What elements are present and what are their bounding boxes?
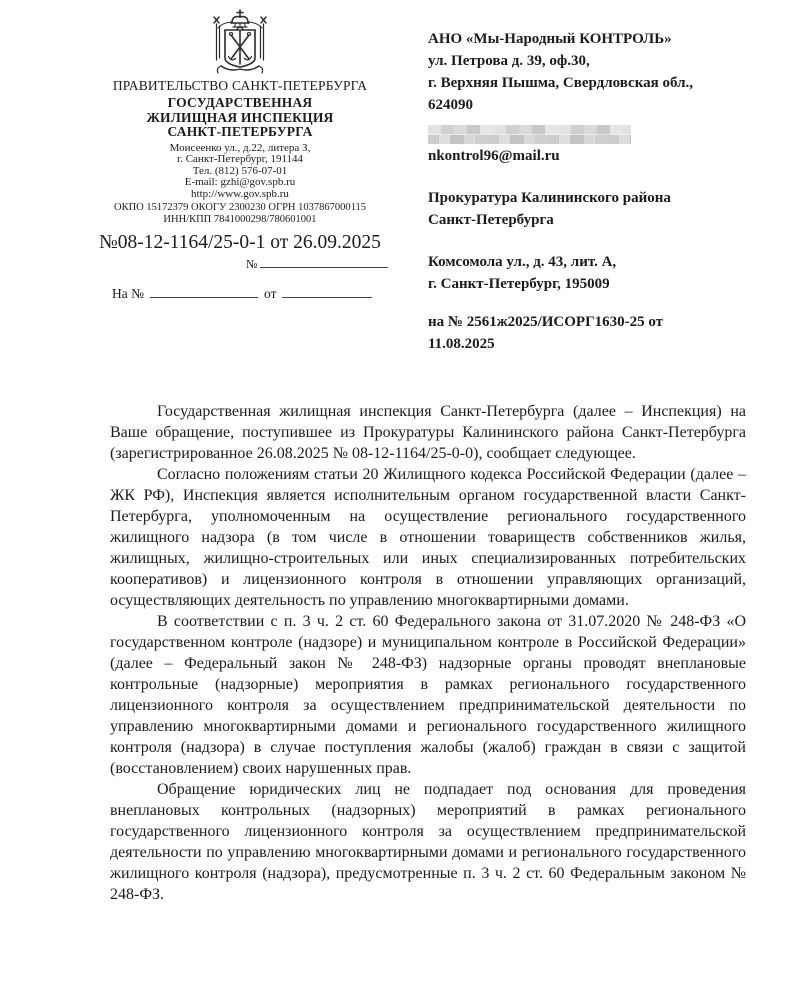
prosecutor-address-line: г. Санкт-Петербург, 195009: [428, 273, 762, 295]
saint-petersburg-coat-of-arms-icon: [204, 8, 276, 74]
recipient-postal-code: 624090: [428, 94, 762, 116]
in-reply-to-line: на № 2561ж2025/ИСОРГ1630-25 от: [428, 311, 762, 333]
reply-reference-row: На №от: [88, 286, 392, 302]
in-reply-to-reference: на № 2561ж2025/ИСОРГ1630-25 от 11.08.202…: [428, 311, 762, 355]
body-paragraph: Государственная жилищная инспекция Санкт…: [110, 401, 746, 464]
prosecutor-address: Комсомола ул., д. 43, лит. А, г. Санкт-П…: [428, 251, 762, 295]
prosecutor-office-line: Прокуратура Калининского района: [428, 187, 762, 209]
reply-number-blank-line: [150, 286, 258, 298]
government-title: ПРАВИТЕЛЬСТВО САНКТ-ПЕТЕРБУРГА: [88, 78, 392, 94]
body-paragraph: Согласно положениям статьи 20 Жилищного …: [110, 464, 746, 611]
reply-date-blank-line: [282, 286, 372, 298]
recipient-address-line: г. Верхняя Пышма, Свердловская обл.,: [428, 72, 762, 94]
in-reply-to-line: 11.08.2025: [428, 333, 762, 355]
prosecutor-address-line: Комсомола ул., д. 43, лит. А,: [428, 251, 762, 273]
recipient-address: ул. Петрова д. 39, оф.30, г. Верхняя Пыш…: [428, 50, 762, 116]
reply-label: На №: [112, 286, 144, 301]
org-name-line: ГОСУДАРСТВЕННАЯ: [88, 96, 392, 111]
body-paragraph: Обращение юридических лиц не подпадает п…: [110, 779, 746, 905]
recipient-block: АНО «Мы-Народный КОНТРОЛЬ» ул. Петрова д…: [428, 28, 762, 355]
recipient-email: nkontrol96@mail.ru: [428, 145, 762, 167]
letter-document: ПРАВИТЕЛЬСТВО САНКТ-ПЕТЕРБУРГА ГОСУДАРСТ…: [0, 0, 791, 1004]
sender-registry-codes: ОКПО 15172379 ОКОГУ 2300230 ОГРН 1037867…: [88, 202, 392, 225]
org-name-line: ЖИЛИЩНАЯ ИНСПЕКЦИЯ: [88, 111, 392, 126]
ot-label: от: [264, 286, 276, 301]
number-label: №: [246, 257, 257, 271]
redacted-text-block: [428, 125, 631, 144]
number-blank-line: [260, 256, 388, 268]
sender-letterhead: ПРАВИТЕЛЬСТВО САНКТ-ПЕТЕРБУРГА ГОСУДАРСТ…: [88, 8, 392, 302]
prosecutor-office-line: Санкт-Петербурга: [428, 209, 762, 231]
okpo-okogu-ogrn-line: ОКПО 15172379 ОКОГУ 2300230 ОГРН 1037867…: [88, 202, 392, 214]
sender-address: Моисеенко ул., д.22, литера З, г. Санкт-…: [88, 143, 392, 201]
number-blank-row: №: [88, 256, 392, 271]
organization-name: ГОСУДАРСТВЕННАЯ ЖИЛИЩНАЯ ИНСПЕКЦИЯ САНКТ…: [88, 96, 392, 140]
recipient-address-line: ул. Петрова д. 39, оф.30,: [428, 50, 762, 72]
recipient-organization: АНО «Мы-Народный КОНТРОЛЬ»: [428, 28, 762, 50]
sender-website: http://www.gov.spb.ru: [88, 189, 392, 201]
prosecutor-office: Прокуратура Калининского района Санкт-Пе…: [428, 187, 762, 231]
letter-body: Государственная жилищная инспекция Санкт…: [110, 401, 746, 905]
sender-address-line: г. Санкт-Петербург, 191144: [88, 154, 392, 166]
body-paragraph: В соответствии с п. 3 ч. 2 ст. 60 Федера…: [110, 611, 746, 779]
org-name-line: САНКТ-ПЕТЕРБУРГА: [88, 125, 392, 140]
inn-kpp-line: ИНН/КПП 7841000298/780601001: [88, 214, 392, 226]
outgoing-number-stamp: №08-12-1164/25-0-1 от 26.09.2025: [88, 231, 392, 255]
